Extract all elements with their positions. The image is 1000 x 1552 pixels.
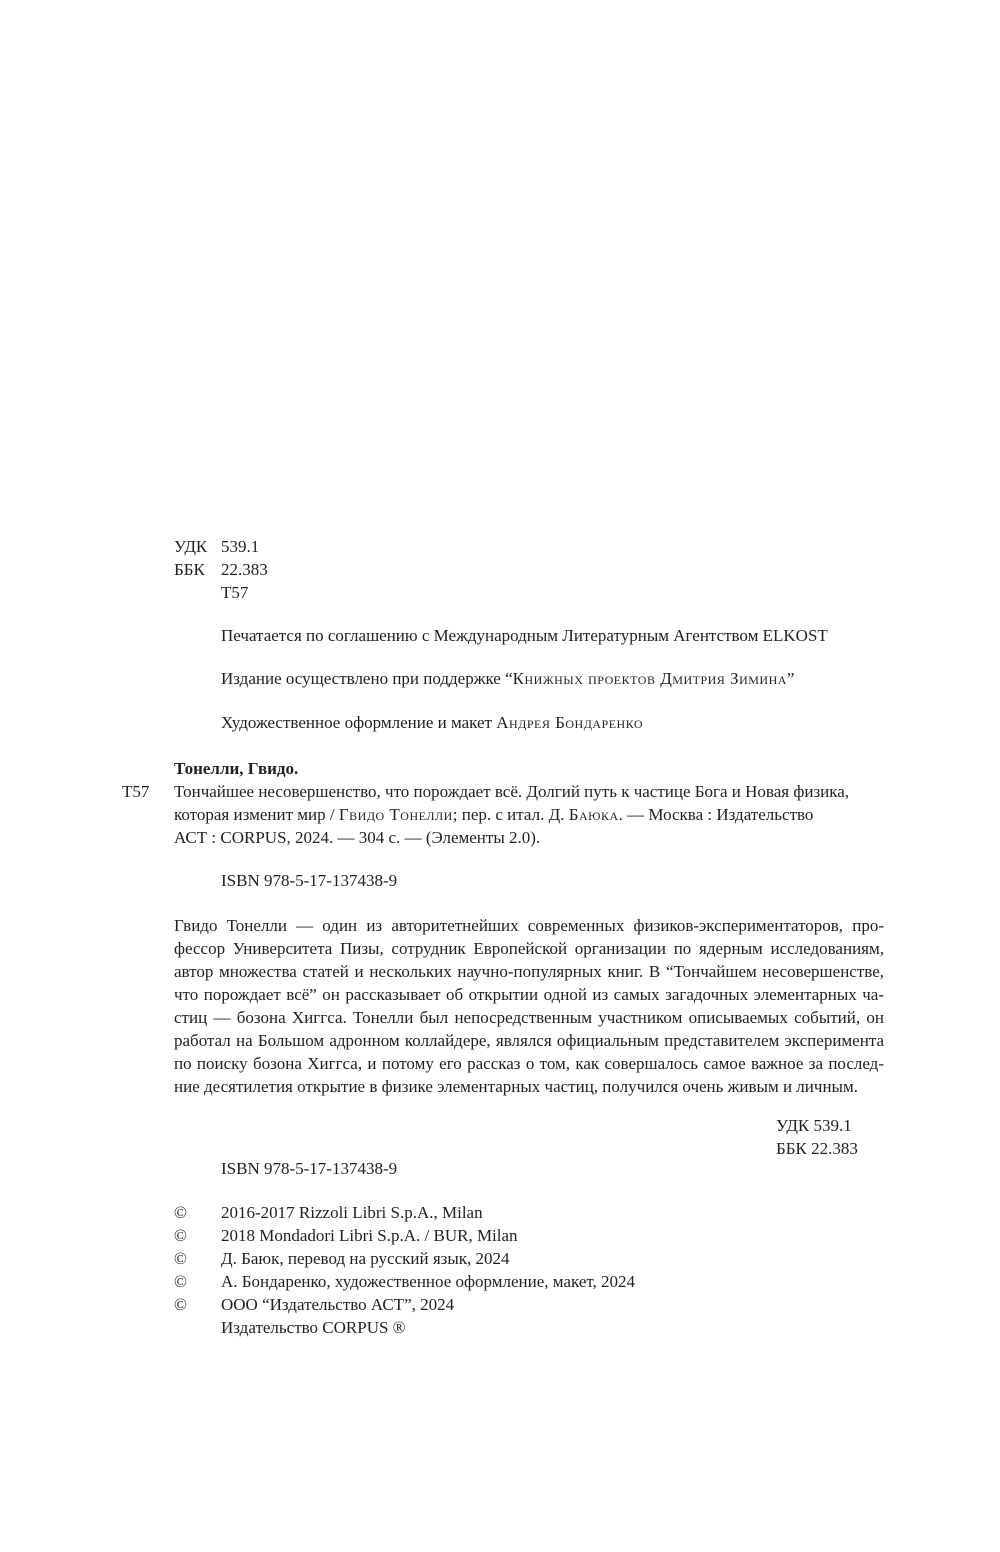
copyright-line: А. Бондаренко, художественное оформление… <box>221 1270 635 1293</box>
annotation-line: что порождает всё” он рассказывает об от… <box>174 983 884 1006</box>
copyright-symbol: © <box>174 1270 187 1293</box>
support-notice-prefix: Издание осуществлено при поддержке “ <box>221 669 513 688</box>
copyright-symbol: © <box>174 1201 187 1224</box>
isbn-bottom: ISBN 978-5-17-137438-9 <box>221 1157 397 1180</box>
catalog-title-line-2-start: которая изменит мир / <box>174 805 339 824</box>
agency-notice: Печатается по соглашению с Международным… <box>221 624 828 647</box>
annotation: Гвидо Тонелли — один из авторитетнейших … <box>174 914 884 1098</box>
annotation-line: по поиску бозона Хиггса, и потому его ра… <box>174 1052 884 1075</box>
catalog-author-heading: Тонелли, Гвидо. <box>174 757 874 780</box>
design-notice: Художественное оформление и макет Андрея… <box>221 711 643 734</box>
publisher-trademark: Издательство CORPUS ® <box>221 1316 406 1339</box>
annotation-line: Гвидо Тонелли — один из авторитетнейших … <box>174 914 884 937</box>
catalog-translator-name: Баюка <box>569 805 619 824</box>
design-notice-prefix: Художественное оформление и макет <box>221 713 496 732</box>
udk-label: УДК <box>174 535 207 558</box>
catalog-title-line-1: Тончайшее несовершенство, что порождает … <box>174 780 874 803</box>
copyright-line: Д. Баюк, перевод на русский язык, 2024 <box>221 1247 510 1270</box>
catalog-title-line-2: которая изменит мир / Гвидо Тонелли; пер… <box>174 803 874 826</box>
design-notice-designer: Андрея Бондаренко <box>496 713 643 732</box>
catalog-isbn: ISBN 978-5-17-137438-9 <box>221 869 397 892</box>
support-notice-sponsor: Книжных проектов Дмитрия Зимина <box>513 669 787 688</box>
copyright-line: ООО “Издательство АСТ”, 2024 <box>221 1293 454 1316</box>
catalog-author-name: Гвидо Тонелли <box>339 805 453 824</box>
author-mark: Т57 <box>221 581 248 604</box>
udk-value: 539.1 <box>221 535 259 558</box>
catalog-translator-prefix: ; пер. с итал. Д. <box>453 805 569 824</box>
bbk-label: ББК <box>174 558 205 581</box>
copyright-symbol: © <box>174 1224 187 1247</box>
annotation-line: ние десятилетия открытие в физике элемен… <box>174 1075 884 1098</box>
copyright-symbol: © <box>174 1247 187 1270</box>
annotation-line: автор множества статей и нескольких науч… <box>174 960 884 983</box>
bbk-bottom: ББК 22.383 <box>776 1137 858 1160</box>
support-notice: Издание осуществлено при поддержке “Книж… <box>221 667 794 690</box>
catalog-title-line-3: АСТ : CORPUS, 2024. — 304 с. — (Элементы… <box>174 826 874 849</box>
annotation-line: стиц — бозона Хиггса. Тонелли был непоср… <box>174 1006 884 1029</box>
annotation-line: фессор Университета Пизы, сотрудник Евро… <box>174 937 884 960</box>
copyright-symbol: © <box>174 1293 187 1316</box>
copyright-line: 2018 Mondadori Libri S.p.A. / BUR, Milan <box>221 1224 518 1247</box>
support-notice-suffix: ” <box>787 669 795 688</box>
catalog-code: Т57 <box>122 780 149 803</box>
annotation-line: работал на Большом адронном коллайдере, … <box>174 1029 884 1052</box>
catalog-publisher-prefix: . — Москва : Издательство <box>619 805 814 824</box>
bbk-value: 22.383 <box>221 558 268 581</box>
udk-bottom: УДК 539.1 <box>776 1114 852 1137</box>
copyright-line: 2016-2017 Rizzoli Libri S.p.A., Milan <box>221 1201 483 1224</box>
